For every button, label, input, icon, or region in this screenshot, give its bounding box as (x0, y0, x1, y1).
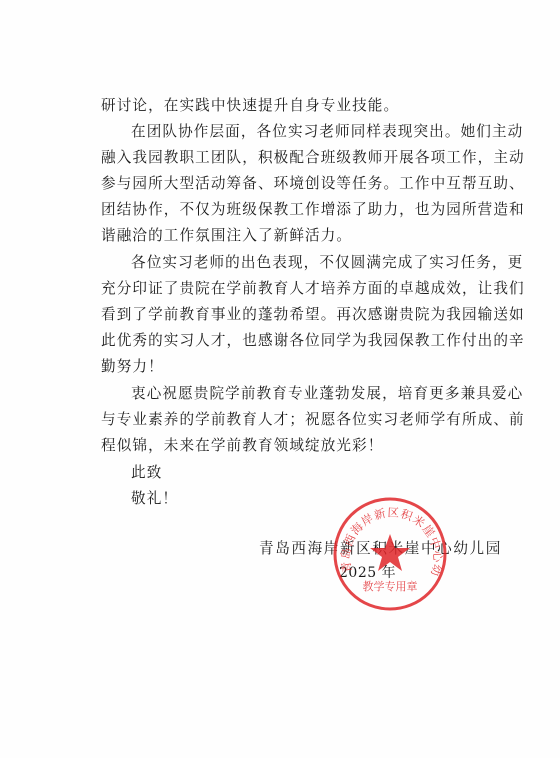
closing-line-2: 敬礼！ (131, 487, 178, 508)
text-line: 与专业素养的学前教育人才；祝愿各位实习老师学有所成、前 (101, 407, 471, 433)
text-line: 参与园所大型活动筹备、环境创设等任务。工作中互帮互助、 (101, 171, 471, 197)
text-line: 充分印证了贵院在学前教育人才培养方面的卓越成效，让我们 (101, 276, 471, 302)
text-line: 程似锦，未来在学前教育领域绽放光彩！ (101, 433, 471, 459)
text-line: 研讨论，在实践中快速提升自身专业技能。 (101, 93, 471, 119)
text-line: 勤努力！ (101, 354, 471, 380)
text-line: 看到了学前教育事业的蓬勃希望。再次感谢贵院为我园输送如 (101, 302, 471, 328)
paragraph-performance: 各位实习老师的出色表现，不仅圆满完成了实习任务，更 充分印证了贵院在学前教育人才… (101, 250, 471, 380)
letter-page: 研讨论，在实践中快速提升自身专业技能。 在团队协作层面，各位实习老师同样表现突出… (0, 0, 560, 758)
text-line: 团结协作，不仅为班级保教工作增添了助力，也为园所营造和 (101, 197, 471, 223)
official-seal-icon: 青岛西海岸新区积米崖中心幼儿园 教学专用章 (330, 494, 450, 614)
text-line: 在团队协作层面，各位实习老师同样表现突出。她们主动 (101, 119, 471, 145)
closing-line-1: 此致 (131, 461, 162, 482)
text-line: 谐融洽的工作氛围注入了新鲜活力。 (101, 223, 471, 249)
text-line: 衷心祝愿贵院学前教育专业蓬勃发展，培育更多兼具爱心 (101, 381, 471, 407)
text-line: 融入我园教职工团队，积极配合班级教师开展各项工作，主动 (101, 145, 471, 171)
paragraph-teamwork: 在团队协作层面，各位实习老师同样表现突出。她们主动 融入我园教职工团队，积极配合… (101, 119, 471, 249)
svg-text:青岛西海岸新区积米崖中心幼儿园: 青岛西海岸新区积米崖中心幼儿园 (330, 494, 445, 578)
text-line: 此优秀的实习人才，也感谢各位同学为我园保教工作付出的辛 (101, 328, 471, 354)
paragraph-continuation: 研讨论，在实践中快速提升自身专业技能。 (101, 93, 471, 119)
paragraph-wishes: 衷心祝愿贵院学前教育专业蓬勃发展，培育更多兼具爱心 与专业素养的学前教育人才；祝… (101, 381, 471, 459)
text-line: 各位实习老师的出色表现，不仅圆满完成了实习任务，更 (101, 250, 471, 276)
svg-text:教学专用章: 教学专用章 (363, 579, 418, 593)
